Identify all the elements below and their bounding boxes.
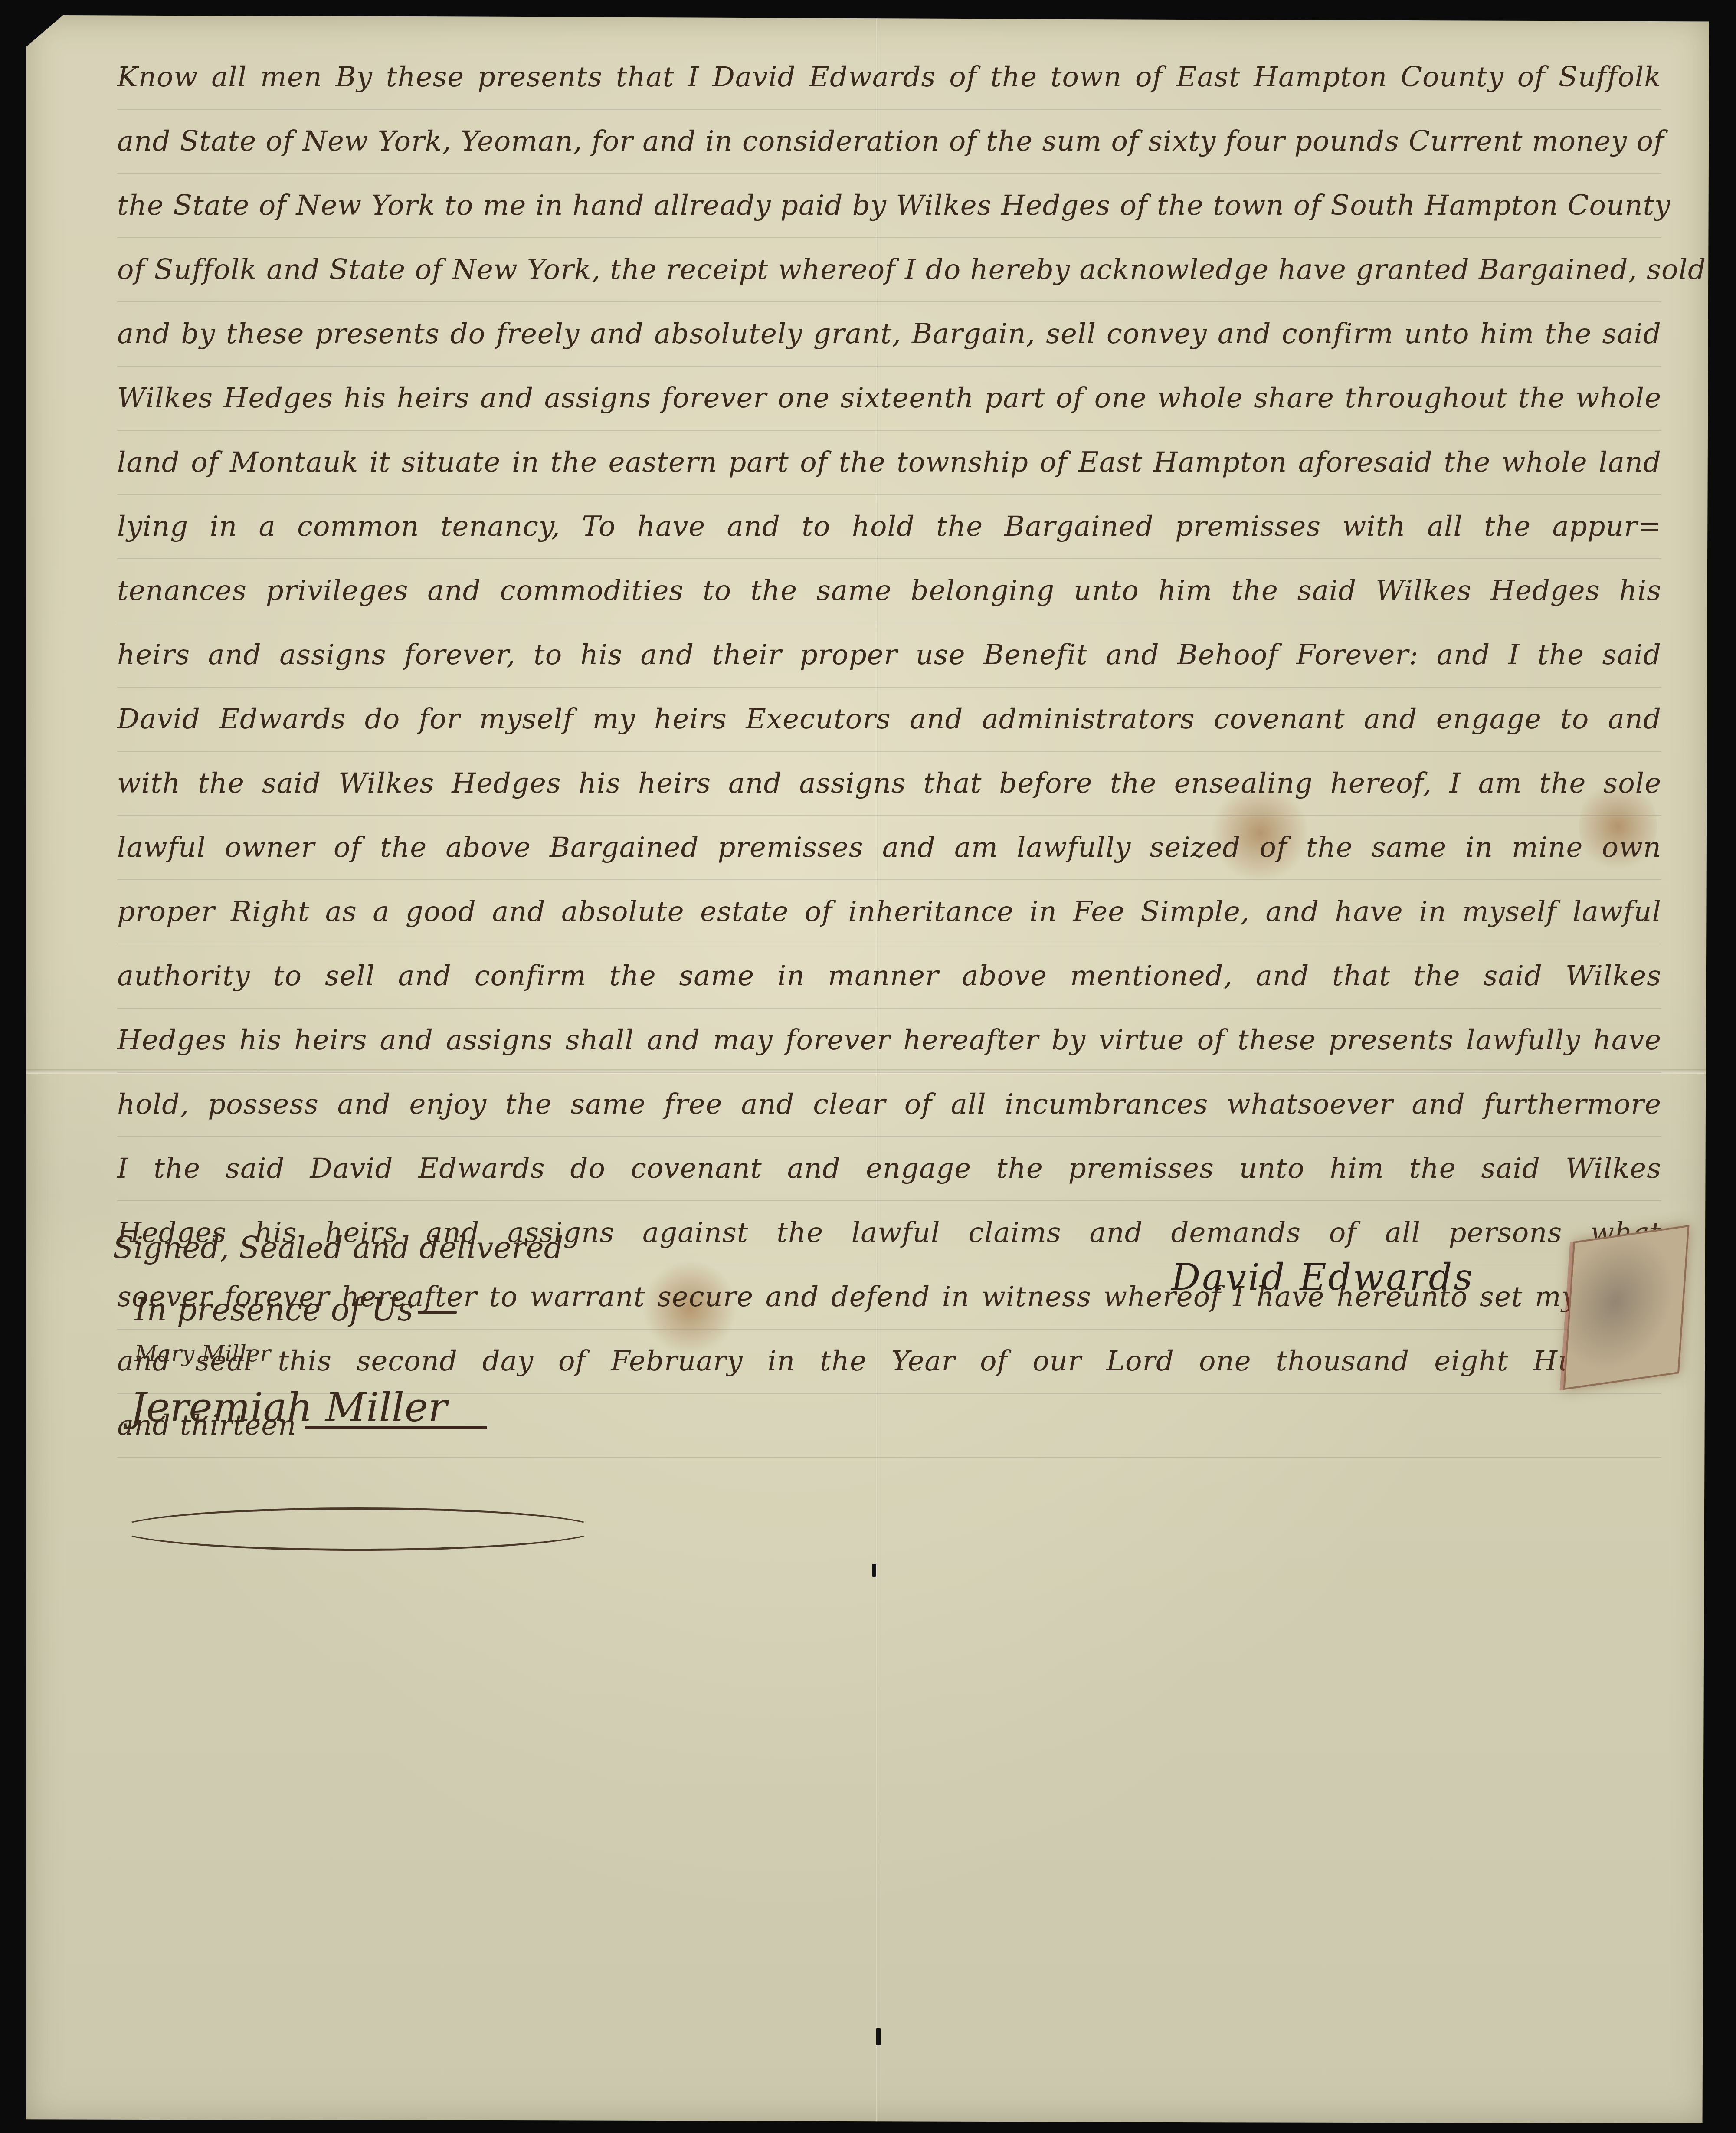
deed-line: proper Right as a good and absolute esta… (117, 880, 1661, 944)
deed-line: tenances privileges and commodities to t… (117, 559, 1661, 623)
deed-line: with the said Wilkes Hedges his heirs an… (117, 752, 1661, 816)
deed-line: of Suffolk and State of New York, the re… (117, 238, 1661, 302)
attestation-block: Signed, Sealed and delivered In presence… (113, 1230, 563, 1431)
deed-line: and State of New York, Yeoman, for and i… (117, 110, 1661, 174)
dash (418, 1311, 457, 1314)
deed-line: heirs and assigns forever, to his and th… (117, 623, 1661, 688)
deed-line: Hedges his heirs and assigns shall and m… (117, 1009, 1661, 1073)
signed-sealed-delivered: Signed, Sealed and delivered (113, 1230, 563, 1265)
deed-line: lying in a common tenancy, To have and t… (117, 495, 1661, 559)
deed-line: hold, possess and enjoy the same free an… (117, 1073, 1661, 1137)
deed-line: David Edwards do for myself my heirs Exe… (117, 688, 1661, 752)
paper-tear (872, 1564, 876, 1577)
deed-paper: Know all men By these presents that I Da… (26, 15, 1709, 2123)
deed-line: and by these presents do freely and abso… (117, 302, 1661, 367)
in-presence-of: In presence of Us (134, 1291, 563, 1328)
witness-signature-jeremiah-miller: Jeremiah Miller (130, 1384, 563, 1431)
wax-seal-icon (1563, 1225, 1690, 1390)
paper-tear (876, 2028, 881, 2045)
deed-line: Know all men By these presents that I Da… (117, 46, 1661, 110)
deed-line: Wilkes Hedges his heirs and assigns fore… (117, 367, 1661, 431)
grantor-signature: David Edwards (1171, 1256, 1474, 1298)
deed-line: I the said David Edwards do covenant and… (117, 1137, 1661, 1201)
deed-line: lawful owner of the above Bargained prem… (117, 816, 1661, 880)
witness-signature-mary-miller: Mary Miller (134, 1341, 563, 1367)
deed-line: land of Montauk it situate in the easter… (117, 431, 1661, 495)
presence-text: In presence of Us (134, 1291, 413, 1328)
deed-line: the State of New York to me in hand allr… (117, 174, 1661, 238)
signature-flourish (117, 1507, 599, 1551)
deed-line: authority to sell and confirm the same i… (117, 944, 1661, 1009)
